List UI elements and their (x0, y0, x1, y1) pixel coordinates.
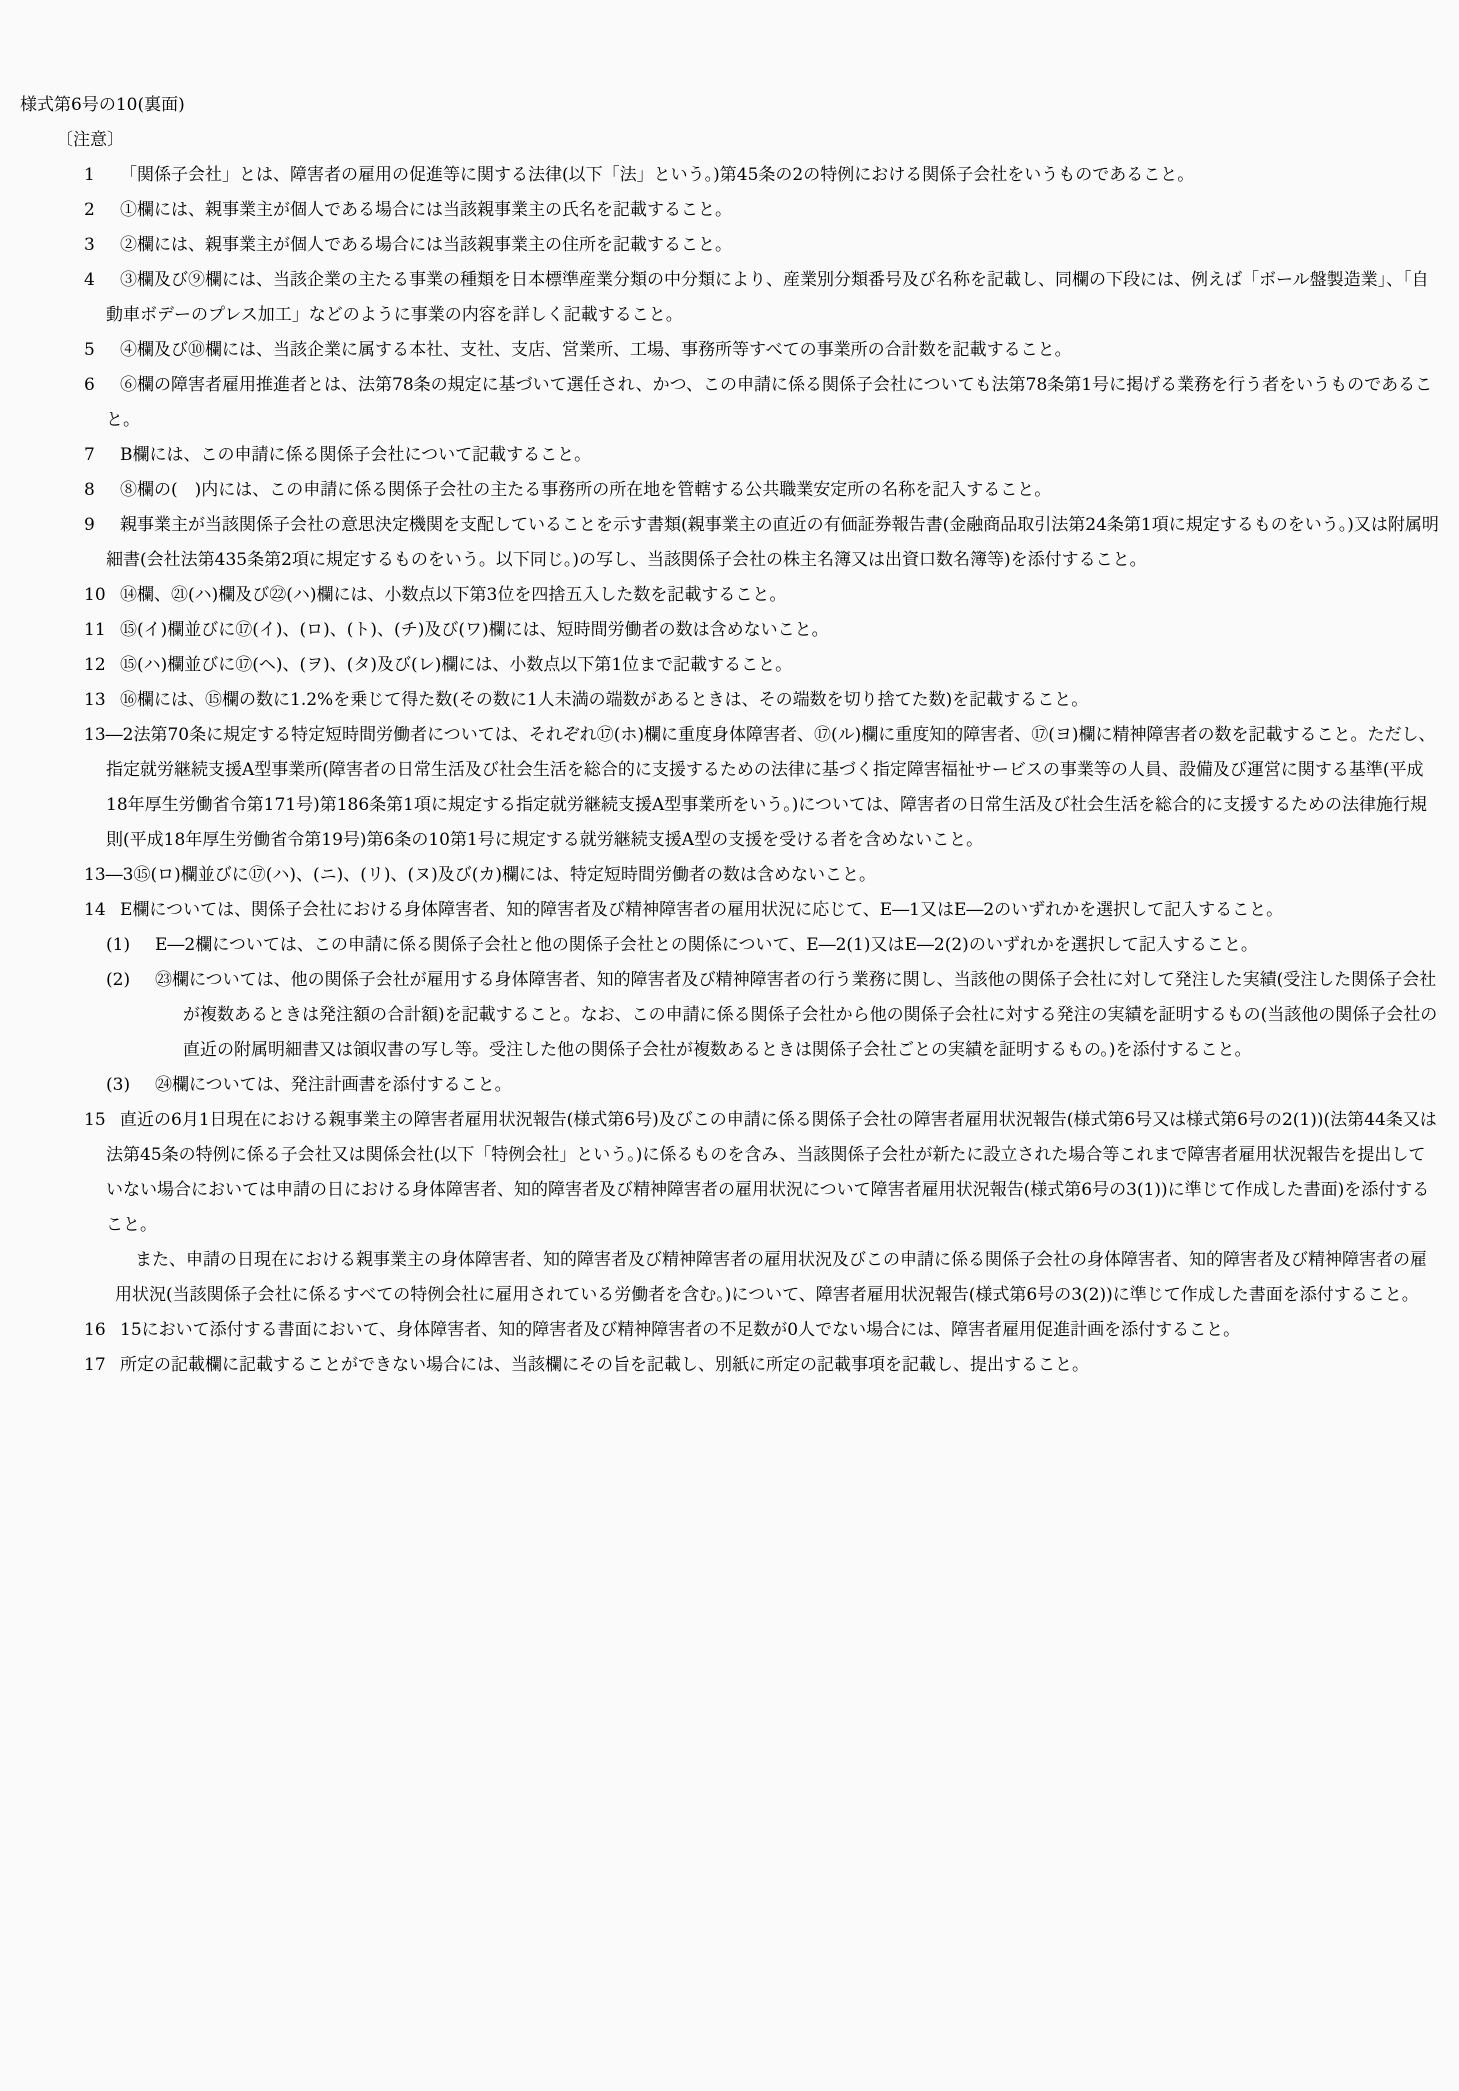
note-text: ⑧欄の( )内には、この申請に係る関係子会社の主たる事務所の所在地を管轄する公共… (120, 480, 1051, 500)
note-number: 15 (84, 1103, 120, 1138)
note-number: 7 (84, 438, 120, 473)
note-text: ㉓欄については、他の関係子会社が雇用する身体障害者、知的障害者及び精神障害者の行… (155, 970, 1437, 1060)
note-text: 直近の6月1日現在における親事業主の障害者雇用状況報告(様式第6号)及びこの申請… (106, 1110, 1437, 1235)
note-number: 13―3 (84, 858, 133, 893)
note-number: 10 (84, 578, 120, 613)
note-number: 8 (84, 473, 120, 508)
note-text: ⑥欄の障害者雇用推進者とは、法第78条の規定に基づいて選任され、かつ、この申請に… (106, 375, 1432, 430)
note-text: 「関係子会社」とは、障害者の雇用の促進等に関する法律(以下「法」という。)第45… (120, 165, 1194, 185)
note-item: (1)E―2欄については、この申請に係る関係子会社と他の関係子会社との関係につい… (20, 928, 1439, 963)
note-number: 17 (84, 1348, 120, 1383)
note-text: ⑮(ロ)欄並びに⑰(ハ)、(ニ)、(リ)、(ヌ)及び(カ)欄には、特定短時間労働… (133, 865, 876, 885)
note-number: 13―2 (84, 718, 133, 753)
note-text: ⑮(イ)欄並びに⑰(イ)、(ロ)、(ト)、(チ)及び(ワ)欄には、短時間労働者の… (120, 620, 829, 640)
note-number: 5 (84, 333, 120, 368)
note-item: (3)㉔欄については、発注計画書を添付すること。 (20, 1068, 1439, 1103)
note-item: 7B欄には、この申請に係る関係子会社について記載すること。 (20, 438, 1439, 473)
note-number: 14 (84, 893, 120, 928)
note-item: 13―3⑮(ロ)欄並びに⑰(ハ)、(ニ)、(リ)、(ヌ)及び(カ)欄には、特定短… (20, 858, 1439, 893)
note-text: ㉔欄については、発注計画書を添付すること。 (155, 1075, 512, 1095)
note-item: 14E欄については、関係子会社における身体障害者、知的障害者及び精神障害者の雇用… (20, 893, 1439, 928)
note-number: 6 (84, 368, 120, 403)
notes-section-label: 〔注意〕 (56, 123, 1439, 158)
note-item: 6⑥欄の障害者雇用推進者とは、法第78条の規定に基づいて選任され、かつ、この申請… (20, 368, 1439, 438)
note-number: (2) (106, 963, 155, 998)
note-text: 所定の記載欄に記載することができない場合には、当該欄にその旨を記載し、別紙に所定… (120, 1355, 1089, 1375)
note-number: 11 (84, 613, 120, 648)
note-text: ⑯欄には、⑮欄の数に1.2%を乗じて得た数(その数に1人未満の端数があるときは、… (120, 690, 1088, 710)
note-item: 1「関係子会社」とは、障害者の雇用の促進等に関する法律(以下「法」という。)第4… (20, 158, 1439, 193)
note-number: 4 (84, 263, 120, 298)
note-text: また、申請の日現在における親事業主の身体障害者、知的障害者及び精神障害者の雇用状… (115, 1250, 1427, 1305)
note-text: 法第70条に規定する特定短時間労働者については、それぞれ⑰(ホ)欄に重度身体障害… (106, 725, 1436, 850)
form-id: 様式第6号の10(裏面) (20, 88, 1439, 123)
note-item: 4③欄及び⑨欄には、当該企業の主たる事業の種類を日本標準産業分類の中分類により、… (20, 263, 1439, 333)
note-number: 2 (84, 193, 120, 228)
note-number: (1) (106, 928, 155, 963)
note-item: 5④欄及び⑩欄には、当該企業に属する本社、支社、支店、営業所、工場、事務所等すべ… (20, 333, 1439, 368)
note-text: 親事業主が当該関係子会社の意思決定機関を支配していることを示す書類(親事業主の直… (106, 515, 1439, 570)
notes-list: 1「関係子会社」とは、障害者の雇用の促進等に関する法律(以下「法」という。)第4… (20, 158, 1439, 1383)
note-number: 16 (84, 1313, 120, 1348)
note-item: (2)㉓欄については、他の関係子会社が雇用する身体障害者、知的障害者及び精神障害… (20, 963, 1439, 1068)
note-text: ④欄及び⑩欄には、当該企業に属する本社、支社、支店、営業所、工場、事務所等すべて… (120, 340, 1072, 360)
note-item: また、申請の日現在における親事業主の身体障害者、知的障害者及び精神障害者の雇用状… (20, 1243, 1439, 1313)
note-item: 9親事業主が当該関係子会社の意思決定機関を支配していることを示す書類(親事業主の… (20, 508, 1439, 578)
note-text: ⑮(ハ)欄並びに⑰(ヘ)、(ヲ)、(タ)及び(レ)欄には、小数点以下第1位まで記… (120, 655, 792, 675)
note-number: 12 (84, 648, 120, 683)
note-item: 15直近の6月1日現在における親事業主の障害者雇用状況報告(様式第6号)及びこの… (20, 1103, 1439, 1243)
note-text: ②欄には、親事業主が個人である場合には当該親事業主の住所を記載すること。 (120, 235, 732, 255)
note-item: 13⑯欄には、⑮欄の数に1.2%を乗じて得た数(その数に1人未満の端数があるとき… (20, 683, 1439, 718)
note-item: 3②欄には、親事業主が個人である場合には当該親事業主の住所を記載すること。 (20, 228, 1439, 263)
note-text: ⑭欄、㉑(ハ)欄及び㉒(ハ)欄には、小数点以下第3位を四捨五入した数を記載するこ… (120, 585, 786, 605)
note-item: 17所定の記載欄に記載することができない場合には、当該欄にその旨を記載し、別紙に… (20, 1348, 1439, 1383)
note-item: 11⑮(イ)欄並びに⑰(イ)、(ロ)、(ト)、(チ)及び(ワ)欄には、短時間労働… (20, 613, 1439, 648)
note-text: E欄については、関係子会社における身体障害者、知的障害者及び精神障害者の雇用状況… (120, 900, 1283, 920)
note-number: 1 (84, 158, 120, 193)
note-text: ③欄及び⑨欄には、当該企業の主たる事業の種類を日本標準産業分類の中分類により、産… (106, 270, 1429, 325)
note-item: 10⑭欄、㉑(ハ)欄及び㉒(ハ)欄には、小数点以下第3位を四捨五入した数を記載す… (20, 578, 1439, 613)
note-text: E―2欄については、この申請に係る関係子会社と他の関係子会社との関係について、E… (155, 935, 1258, 955)
note-item: 2①欄には、親事業主が個人である場合には当該親事業主の氏名を記載すること。 (20, 193, 1439, 228)
note-number: 13 (84, 683, 120, 718)
note-number: 3 (84, 228, 120, 263)
note-item: 1615において添付する書面において、身体障害者、知的障害者及び精神障害者の不足… (20, 1313, 1439, 1348)
document-page: 様式第6号の10(裏面) 〔注意〕 1「関係子会社」とは、障害者の雇用の促進等に… (0, 0, 1459, 1423)
note-text: B欄には、この申請に係る関係子会社について記載すること。 (120, 445, 591, 465)
note-text: 15において添付する書面において、身体障害者、知的障害者及び精神障害者の不足数が… (120, 1320, 1240, 1340)
note-item: 13―2法第70条に規定する特定短時間労働者については、それぞれ⑰(ホ)欄に重度… (20, 718, 1439, 858)
note-number: 9 (84, 508, 120, 543)
note-text: ①欄には、親事業主が個人である場合には当該親事業主の氏名を記載すること。 (120, 200, 732, 220)
note-number: (3) (106, 1068, 155, 1103)
note-item: 8⑧欄の( )内には、この申請に係る関係子会社の主たる事務所の所在地を管轄する公… (20, 473, 1439, 508)
note-item: 12⑮(ハ)欄並びに⑰(ヘ)、(ヲ)、(タ)及び(レ)欄には、小数点以下第1位ま… (20, 648, 1439, 683)
